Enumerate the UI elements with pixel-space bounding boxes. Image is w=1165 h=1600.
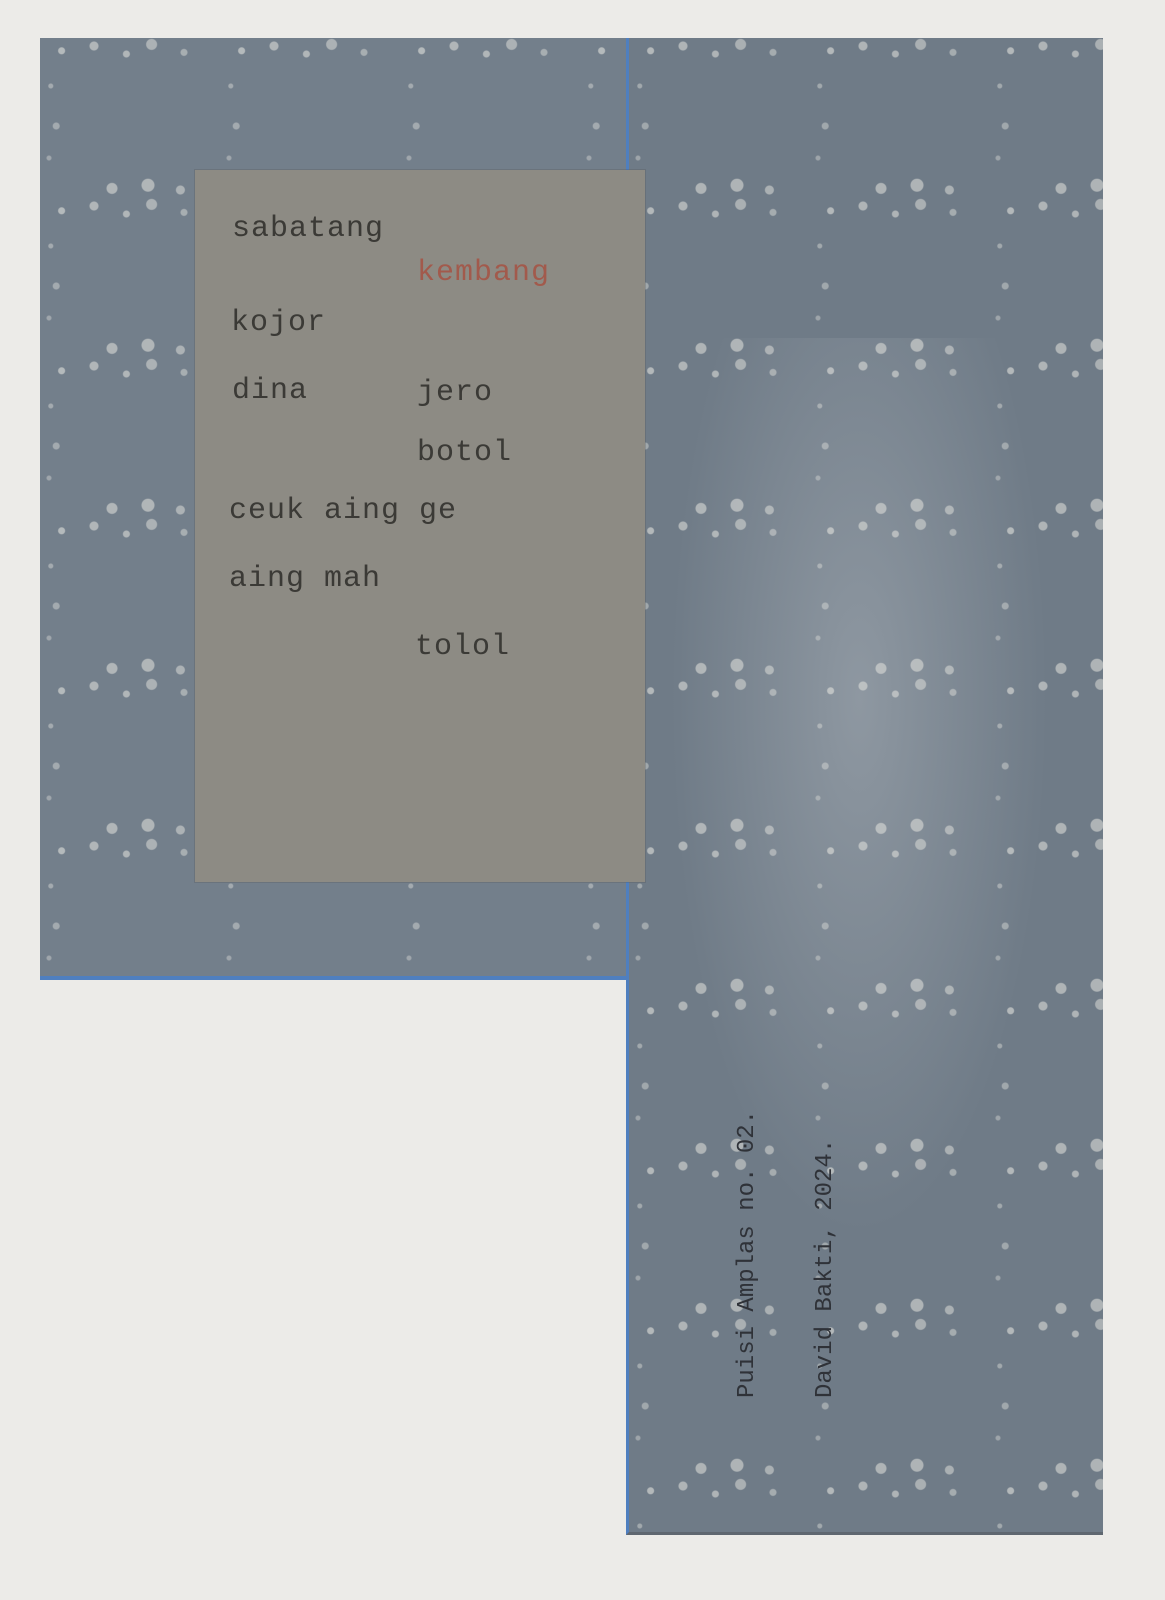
speckle-texture	[629, 38, 1103, 1532]
poem-line: ceuk aing ge	[229, 494, 457, 528]
blue-paper-right-sheet	[626, 38, 1103, 1535]
caption-credit: David Bakti, 2024.	[812, 1139, 839, 1398]
poem-line: botol	[417, 436, 512, 470]
poem-line: jero	[417, 376, 493, 410]
poem-line: aing mah	[229, 562, 381, 596]
poem-line-highlight: kembang	[417, 256, 550, 290]
caption-title: Puisi Amplas no. 02.	[734, 1110, 761, 1398]
poem-card: sabatang kembang kojor dina jero botol c…	[195, 170, 645, 882]
poem-line: kojor	[231, 306, 326, 340]
poem-line: tolol	[415, 630, 510, 664]
poem-line: dina	[232, 374, 308, 408]
poem-line: sabatang	[232, 212, 384, 246]
